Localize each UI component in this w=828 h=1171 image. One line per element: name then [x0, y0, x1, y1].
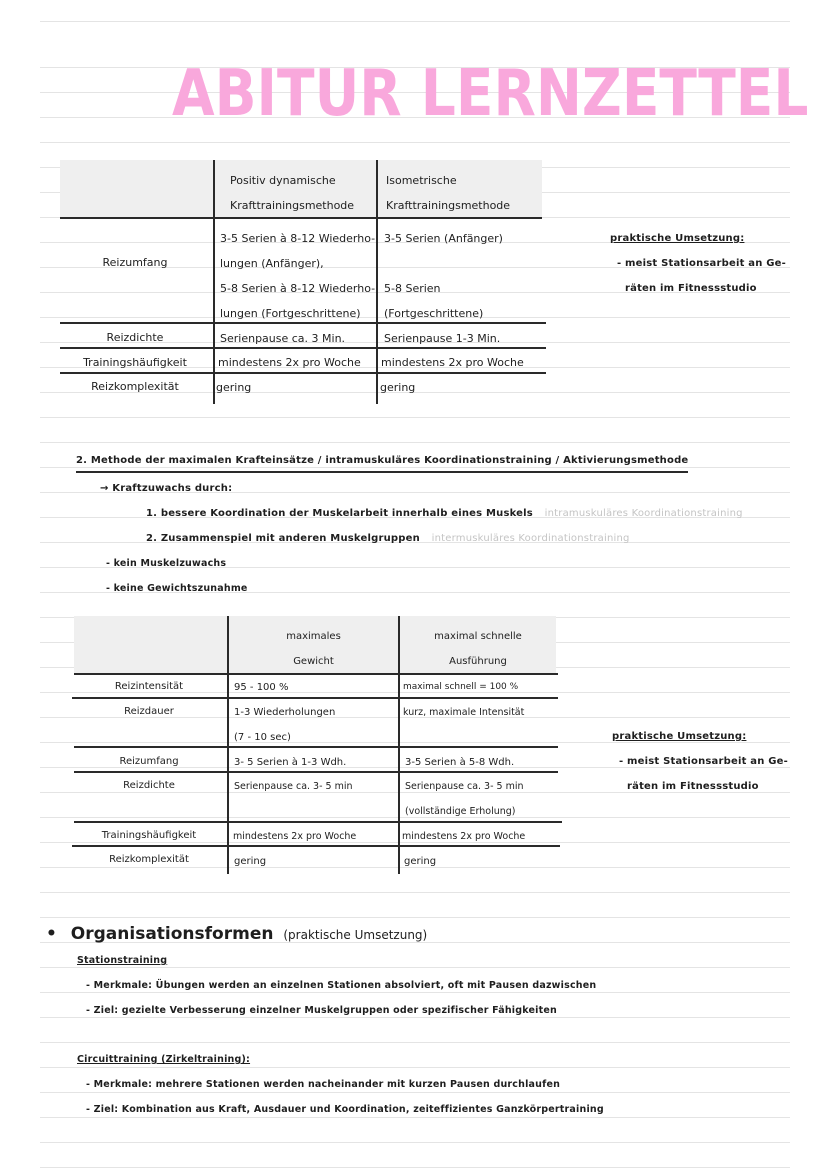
cell: gering [216, 375, 251, 400]
cell: Serienpause ca. 3- 5 min [405, 774, 524, 799]
cell: maximal schnell = 100 % [403, 675, 518, 700]
organisationsformen-heading: • Organisationsformen (praktische Umsetz… [46, 922, 427, 948]
cell: 3-5 Serien à 8-12 Wiederho- [220, 226, 375, 251]
heading-text: Organisationsformen [71, 924, 274, 944]
point-1: 1. bessere Koordination der Muskelarbeit… [146, 501, 743, 526]
bullet-icon: • [46, 924, 57, 944]
side-note-line: räten im Fitnessstudio [627, 774, 759, 799]
page-title: ABITUR LERNZETTEL [172, 56, 808, 132]
cell: 95 - 100 % [234, 675, 288, 700]
cell: mindestens 2x pro Woche [381, 350, 524, 375]
row-label: Trainingshäufigkeit [74, 823, 224, 848]
cell: mindestens 2x pro Woche [402, 824, 525, 849]
header-col1-line2: Krafttrainingsmethode [230, 193, 354, 218]
row-divider [74, 746, 558, 748]
cell: gering [380, 375, 415, 400]
stationstraining-merkmale: - Merkmale: Übungen werden an einzelnen … [86, 973, 596, 998]
header-col2-line2: Ausführung [400, 649, 556, 674]
cell: lungen (Fortgeschrittene) [220, 301, 361, 326]
header-col2-line2: Krafttrainingsmethode [386, 193, 510, 218]
cell: (Fortgeschrittene) [384, 301, 483, 326]
point-2-text: 2. Zusammenspiel mit anderen Muskelgrupp… [146, 533, 420, 544]
row-label: Reizkomplexität [74, 847, 224, 872]
side-note-heading: praktische Umsetzung: [612, 724, 746, 749]
row-label: Reizdauer [74, 699, 224, 724]
row-label: Reizkomplexität [60, 374, 210, 399]
column-divider [213, 160, 215, 404]
header-col2-line1: Isometrische [386, 168, 457, 193]
column-divider [376, 160, 378, 404]
cell: Serienpause 1-3 Min. [384, 326, 500, 351]
circuittraining-title: Circuittraining (Zirkeltraining): [77, 1047, 250, 1072]
stationstraining-title: Stationstraining [77, 948, 167, 973]
bullet-kein-muskelzuwachs: - kein Muskelzuwachs [106, 551, 226, 576]
stationstraining-ziel: - Ziel: gezielte Verbesserung einzelner … [86, 998, 557, 1023]
point-2-note: intermuskuläres Koordinationstraining [432, 533, 630, 544]
cell: mindestens 2x pro Woche [218, 350, 361, 375]
cell: mindestens 2x pro Woche [233, 824, 356, 849]
side-note-heading: praktische Umsetzung: [610, 226, 744, 251]
cell: lungen (Anfänger), [220, 251, 324, 276]
header-col2-line1: maximal schnelle [400, 624, 556, 649]
cell: 3-5 Serien (Anfänger) [384, 226, 503, 251]
header-col1-line2: Gewicht [229, 649, 398, 674]
cell: Serienpause ca. 3- 5 min [234, 774, 353, 799]
side-note-line: räten im Fitnessstudio [625, 276, 757, 301]
cell: gering [234, 849, 266, 874]
point-1-text: 1. bessere Koordination der Muskelarbeit… [146, 508, 533, 519]
header-col1-line1: Positiv dynamische [230, 168, 336, 193]
cell: (vollständige Erholung) [405, 799, 516, 824]
circuittraining-ziel: - Ziel: Kombination aus Kraft, Ausdauer … [86, 1097, 604, 1122]
row-label: Reizdichte [74, 773, 224, 798]
heading-subtitle: (praktische Umsetzung) [283, 928, 427, 942]
row-label: Reizintensität [74, 674, 224, 699]
section-2-intro: → Kraftzuwachs durch: [100, 476, 232, 501]
row-label: Reizumfang [60, 250, 210, 275]
cell: 1-3 Wiederholungen [234, 700, 335, 725]
bullet-keine-gewichtszunahme: - keine Gewichtszunahme [106, 576, 248, 601]
cell: gering [404, 849, 436, 874]
cell: (7 - 10 sec) [234, 725, 291, 750]
row-label: Trainingshäufigkeit [60, 350, 210, 375]
point-2: 2. Zusammenspiel mit anderen Muskelgrupp… [146, 526, 630, 551]
cell: 3- 5 Serien à 1-3 Wdh. [234, 750, 346, 775]
point-1-note: intramuskuläres Koordinationstraining [545, 508, 743, 519]
section-2-heading: 2. Methode der maximalen Krafteinsätze /… [76, 450, 688, 473]
cell: kurz, maximale Intensität [403, 700, 524, 725]
header-col1-line1: maximales [229, 624, 398, 649]
side-note-line: - meist Stationsarbeit an Ge- [619, 749, 788, 774]
side-note-line: - meist Stationsarbeit an Ge- [617, 251, 786, 276]
row-label: Reizumfang [74, 749, 224, 774]
cell: 5-8 Serien à 8-12 Wiederho- [220, 276, 375, 301]
row-label: Reizdichte [60, 325, 210, 350]
cell: 5-8 Serien [384, 276, 441, 301]
circuittraining-merkmale: - Merkmale: mehrere Stationen werden nac… [86, 1072, 560, 1097]
cell: 3-5 Serien à 5-8 Wdh. [405, 750, 514, 775]
cell: Serienpause ca. 3 Min. [220, 326, 345, 351]
